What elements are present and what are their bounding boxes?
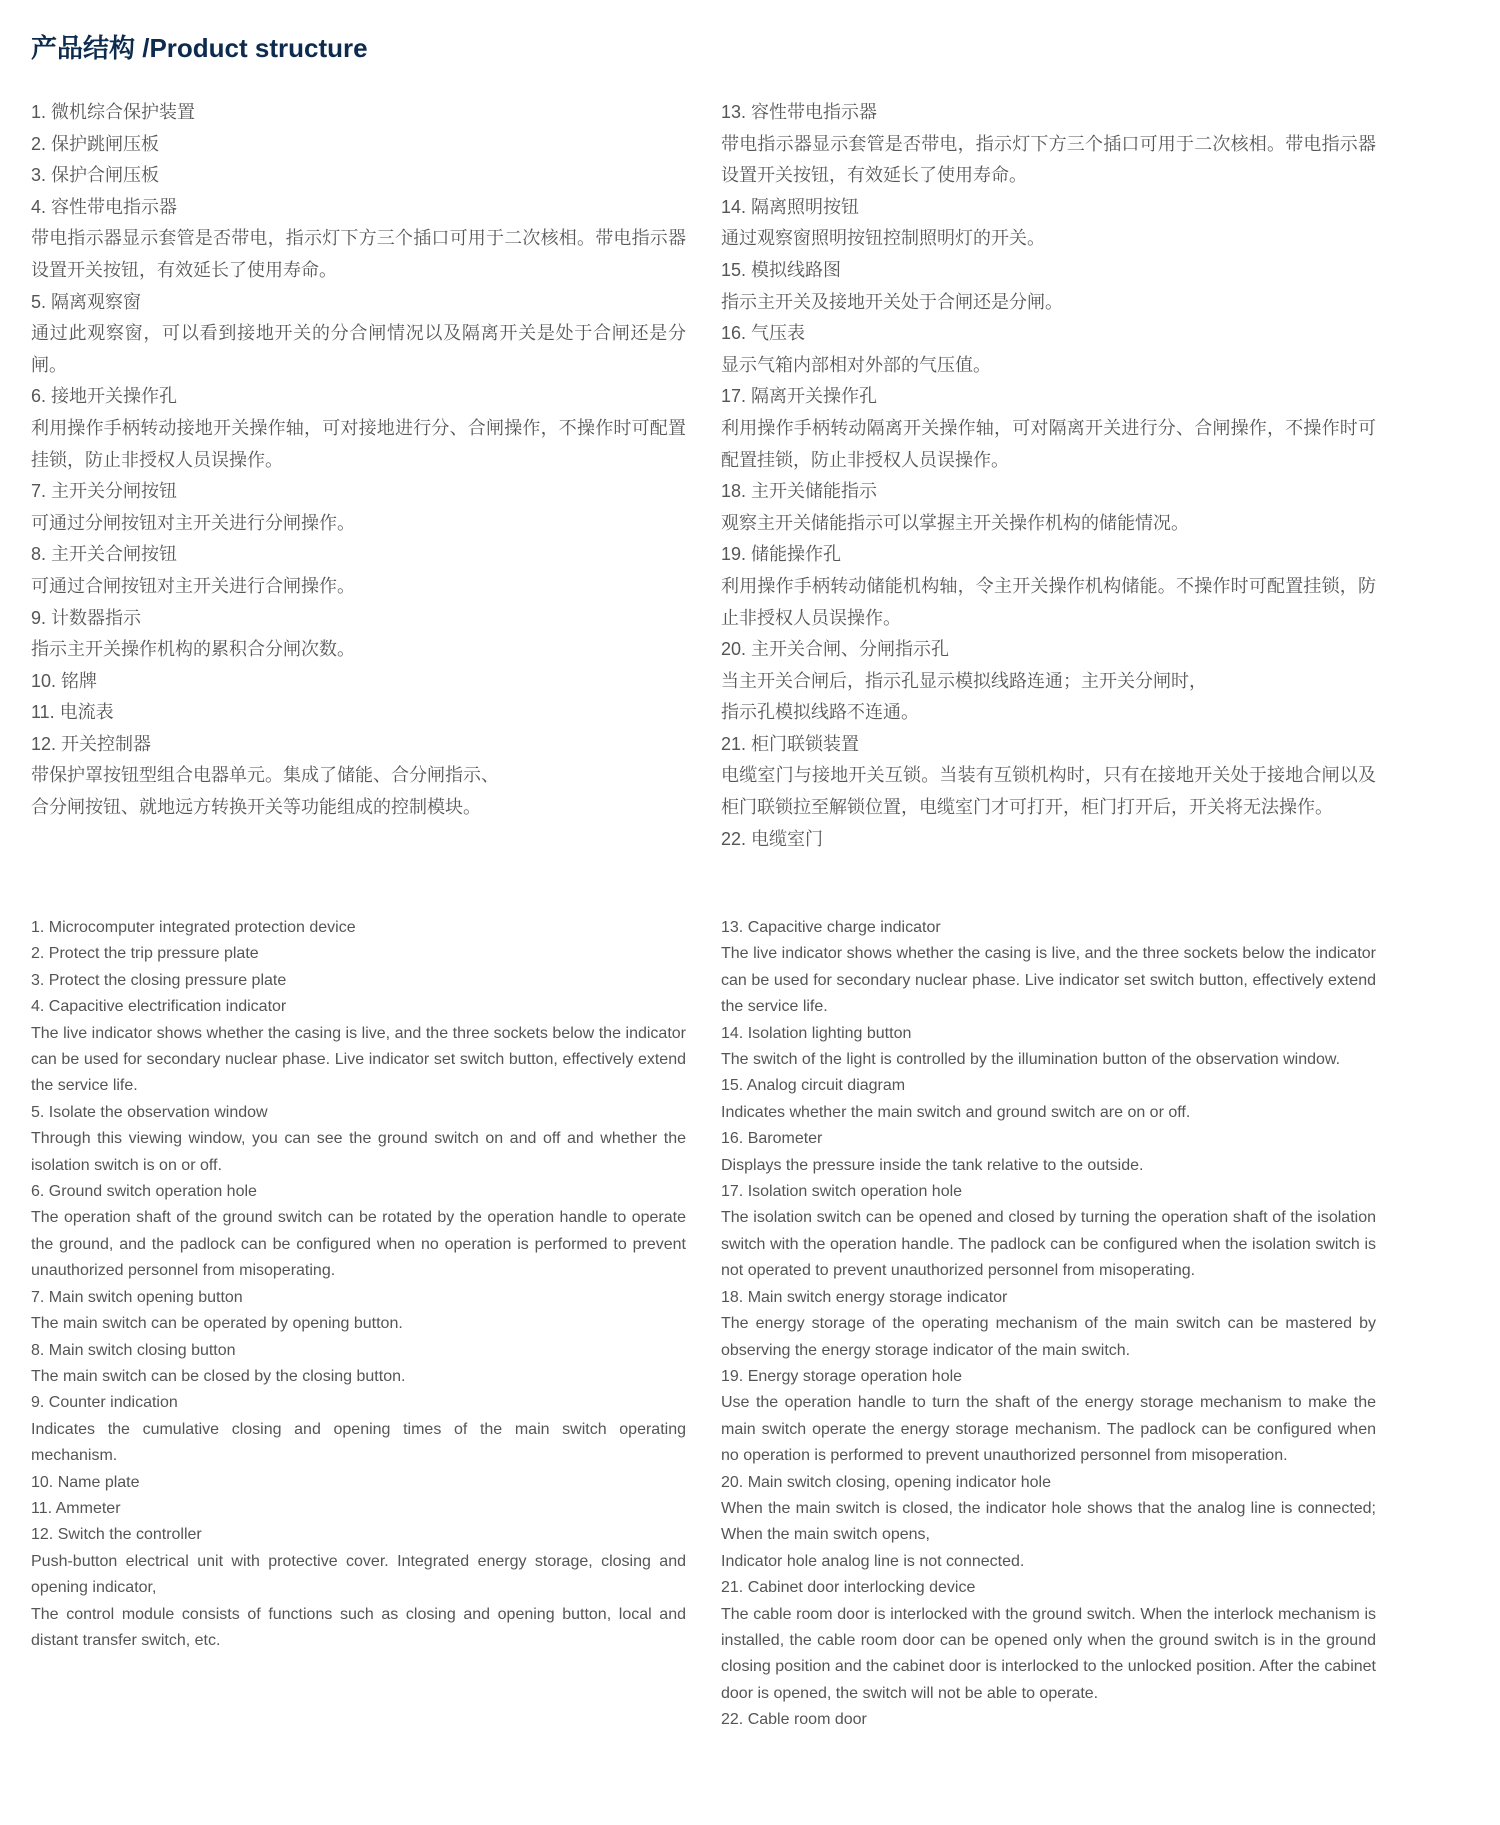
structure-item: 7. Main switch opening buttonThe main sw…: [31, 1285, 686, 1338]
structure-item-heading: 8. Main switch closing button: [31, 1338, 686, 1364]
structure-item-description: The isolation switch can be opened and c…: [721, 1205, 1376, 1284]
structure-item: 7. 主开关分闸按钮可通过分闸按钮对主开关进行分闸操作。: [31, 476, 686, 539]
structure-item-heading: 16. 气压表: [721, 318, 1376, 350]
structure-item-heading: 2. Protect the trip pressure plate: [31, 941, 686, 967]
structure-item-heading: 3. 保护合闸压板: [31, 160, 686, 192]
structure-item-heading: 15. 模拟线路图: [721, 255, 1376, 287]
structure-item-description: 当主开关合闸后，指示孔显示模拟线路连通；主开关分闸时，: [721, 666, 1376, 698]
structure-item: 5. Isolate the observation windowThrough…: [31, 1100, 686, 1179]
structure-item-heading: 6. Ground switch operation hole: [31, 1179, 686, 1205]
en-structure-list-left: 1. Microcomputer integrated protection d…: [31, 915, 686, 1654]
structure-item: 19. Energy storage operation holeUse the…: [721, 1364, 1376, 1470]
structure-item: 8. Main switch closing buttonThe main sw…: [31, 1338, 686, 1391]
structure-item: 4. Capacitive electrification indicatorT…: [31, 994, 686, 1100]
structure-item-heading: 5. 隔离观察窗: [31, 287, 686, 319]
structure-item-heading: 7. Main switch opening button: [31, 1285, 686, 1311]
structure-item-description: The energy storage of the operating mech…: [721, 1311, 1376, 1364]
structure-item: 3. 保护合闸压板: [31, 160, 686, 192]
structure-item: 20. 主开关合闸、分闸指示孔当主开关合闸后，指示孔显示模拟线路连通；主开关分闸…: [721, 634, 1376, 729]
structure-item-heading: 12. Switch the controller: [31, 1522, 686, 1548]
structure-item-description: The main switch can be closed by the clo…: [31, 1364, 686, 1390]
structure-item-heading: 17. 隔离开关操作孔: [721, 381, 1376, 413]
structure-item-heading: 3. Protect the closing pressure plate: [31, 968, 686, 994]
structure-item-heading: 7. 主开关分闸按钮: [31, 476, 686, 508]
structure-item: 12. Switch the controllerPush-button ele…: [31, 1522, 686, 1654]
en-structure-list-right: 13. Capacitive charge indicatorThe live …: [721, 915, 1376, 1734]
structure-item-heading: 10. Name plate: [31, 1470, 686, 1496]
structure-item-heading: 12. 开关控制器: [31, 729, 686, 761]
structure-item: 12. 开关控制器带保护罩按钮型组合电器单元。集成了储能、合分闸指示、合分闸按钮…: [31, 729, 686, 824]
structure-item-heading: 20. Main switch closing, opening indicat…: [721, 1470, 1376, 1496]
structure-item-heading: 11. 电流表: [31, 697, 686, 729]
structure-item: 11. Ammeter: [31, 1496, 686, 1522]
structure-item: 14. 隔离照明按钮通过观察窗照明按钮控制照明灯的开关。: [721, 192, 1376, 255]
structure-item-heading: 15. Analog circuit diagram: [721, 1073, 1376, 1099]
structure-item-heading: 14. Isolation lighting button: [721, 1021, 1376, 1047]
structure-item-heading: 10. 铭牌: [31, 666, 686, 698]
structure-item-description: 电缆室门与接地开关互锁。当装有互锁机构时，只有在接地开关处于接地合闸以及柜门联锁…: [721, 760, 1376, 823]
structure-item-heading: 16. Barometer: [721, 1126, 1376, 1152]
structure-item: 22. 电缆室门: [721, 824, 1376, 856]
structure-item-heading: 9. Counter indication: [31, 1390, 686, 1416]
structure-item-description: Use the operation handle to turn the sha…: [721, 1390, 1376, 1469]
structure-item-description: 指示主开关及接地开关处于合闸还是分闸。: [721, 287, 1376, 319]
structure-item-heading: 22. 电缆室门: [721, 824, 1376, 856]
structure-item: 22. Cable room door: [721, 1707, 1376, 1733]
structure-item-description: Through this viewing window, you can see…: [31, 1126, 686, 1179]
page-title: 产品结构 /Product structure: [31, 30, 368, 66]
structure-item: 18. Main switch energy storage indicator…: [721, 1285, 1376, 1364]
structure-item-description: 指示孔模拟线路不连通。: [721, 697, 1376, 729]
structure-item: 6. Ground switch operation holeThe opera…: [31, 1179, 686, 1285]
structure-item-description: The live indicator shows whether the cas…: [721, 941, 1376, 1020]
structure-item: 20. Main switch closing, opening indicat…: [721, 1470, 1376, 1576]
structure-item-description: 可通过合闸按钮对主开关进行合闸操作。: [31, 571, 686, 603]
structure-item-description: 合分闸按钮、就地远方转换开关等功能组成的控制模块。: [31, 792, 686, 824]
structure-item-description: 利用操作手柄转动储能机构轴，令主开关操作机构储能。不操作时可配置挂锁，防止非授权…: [721, 571, 1376, 634]
structure-item-description: Push-button electrical unit with protect…: [31, 1549, 686, 1602]
structure-item-heading: 8. 主开关合闸按钮: [31, 539, 686, 571]
structure-item-heading: 20. 主开关合闸、分闸指示孔: [721, 634, 1376, 666]
structure-item-heading: 4. Capacitive electrification indicator: [31, 994, 686, 1020]
structure-item-heading: 21. 柜门联锁装置: [721, 729, 1376, 761]
structure-item-heading: 2. 保护跳闸压板: [31, 129, 686, 161]
structure-item: 2. 保护跳闸压板: [31, 129, 686, 161]
structure-item-description: Displays the pressure inside the tank re…: [721, 1153, 1376, 1179]
structure-item-heading: 13. 容性带电指示器: [721, 97, 1376, 129]
structure-item-heading: 19. 储能操作孔: [721, 539, 1376, 571]
structure-item-description: The control module consists of functions…: [31, 1602, 686, 1655]
structure-item: 16. 气压表显示气箱内部相对外部的气压值。: [721, 318, 1376, 381]
structure-item-description: 利用操作手柄转动接地开关操作轴，可对接地进行分、合闸操作，不操作时可配置挂锁，防…: [31, 413, 686, 476]
structure-item-description: 通过观察窗照明按钮控制照明灯的开关。: [721, 223, 1376, 255]
structure-item-heading: 11. Ammeter: [31, 1496, 686, 1522]
zh-structure-list-right: 13. 容性带电指示器带电指示器显示套管是否带电，指示灯下方三个插口可用于二次核…: [721, 97, 1376, 855]
structure-item-description: 显示气箱内部相对外部的气压值。: [721, 350, 1376, 382]
structure-item-description: Indicates whether the main switch and gr…: [721, 1100, 1376, 1126]
structure-item-heading: 1. Microcomputer integrated protection d…: [31, 915, 686, 941]
structure-item-description: 可通过分闸按钮对主开关进行分闸操作。: [31, 508, 686, 540]
structure-item-description: Indicates the cumulative closing and ope…: [31, 1417, 686, 1470]
structure-item: 1. 微机综合保护装置: [31, 97, 686, 129]
structure-item: 15. 模拟线路图指示主开关及接地开关处于合闸还是分闸。: [721, 255, 1376, 318]
structure-item-description: The operation shaft of the ground switch…: [31, 1205, 686, 1284]
structure-item: 5. 隔离观察窗通过此观察窗，可以看到接地开关的分合闸情况以及隔离开关是处于合闸…: [31, 287, 686, 382]
structure-item-heading: 18. Main switch energy storage indicator: [721, 1285, 1376, 1311]
structure-item: 10. 铭牌: [31, 666, 686, 698]
structure-item-heading: 22. Cable room door: [721, 1707, 1376, 1733]
structure-item: 1. Microcomputer integrated protection d…: [31, 915, 686, 941]
structure-item-description: 通过此观察窗，可以看到接地开关的分合闸情况以及隔离开关是处于合闸还是分闸。: [31, 318, 686, 381]
structure-item: 8. 主开关合闸按钮可通过合闸按钮对主开关进行合闸操作。: [31, 539, 686, 602]
structure-item: 19. 储能操作孔利用操作手柄转动储能机构轴，令主开关操作机构储能。不操作时可配…: [721, 539, 1376, 634]
structure-item-description: The live indicator shows whether the cas…: [31, 1021, 686, 1100]
structure-item: 21. 柜门联锁装置电缆室门与接地开关互锁。当装有互锁机构时，只有在接地开关处于…: [721, 729, 1376, 824]
structure-item-description: 带保护罩按钮型组合电器单元。集成了储能、合分闸指示、: [31, 760, 686, 792]
structure-item-heading: 14. 隔离照明按钮: [721, 192, 1376, 224]
structure-item: 17. Isolation switch operation holeThe i…: [721, 1179, 1376, 1285]
structure-item-description: Indicator hole analog line is not connec…: [721, 1549, 1376, 1575]
structure-item: 17. 隔离开关操作孔利用操作手柄转动隔离开关操作轴，可对隔离开关进行分、合闸操…: [721, 381, 1376, 476]
structure-item-description: When the main switch is closed, the indi…: [721, 1496, 1376, 1549]
structure-item: 9. 计数器指示指示主开关操作机构的累积合分闸次数。: [31, 603, 686, 666]
structure-item: 13. Capacitive charge indicatorThe live …: [721, 915, 1376, 1021]
structure-item-description: 利用操作手柄转动隔离开关操作轴，可对隔离开关进行分、合闸操作，不操作时可配置挂锁…: [721, 413, 1376, 476]
structure-item-heading: 21. Cabinet door interlocking device: [721, 1575, 1376, 1601]
structure-item-description: 指示主开关操作机构的累积合分闸次数。: [31, 634, 686, 666]
structure-item-heading: 18. 主开关储能指示: [721, 476, 1376, 508]
structure-item-heading: 9. 计数器指示: [31, 603, 686, 635]
structure-item: 3. Protect the closing pressure plate: [31, 968, 686, 994]
structure-item-heading: 17. Isolation switch operation hole: [721, 1179, 1376, 1205]
structure-item-description: The switch of the light is controlled by…: [721, 1047, 1376, 1073]
structure-item: 15. Analog circuit diagramIndicates whet…: [721, 1073, 1376, 1126]
structure-item-description: The main switch can be operated by openi…: [31, 1311, 686, 1337]
structure-item-heading: 19. Energy storage operation hole: [721, 1364, 1376, 1390]
structure-item-heading: 4. 容性带电指示器: [31, 192, 686, 224]
structure-item: 10. Name plate: [31, 1470, 686, 1496]
structure-item: 9. Counter indicationIndicates the cumul…: [31, 1390, 686, 1469]
structure-item-heading: 5. Isolate the observation window: [31, 1100, 686, 1126]
zh-structure-list-left: 1. 微机综合保护装置2. 保护跳闸压板3. 保护合闸压板4. 容性带电指示器带…: [31, 97, 686, 824]
structure-item-heading: 13. Capacitive charge indicator: [721, 915, 1376, 941]
structure-item-description: 带电指示器显示套管是否带电，指示灯下方三个插口可用于二次核相。带电指示器设置开关…: [31, 223, 686, 286]
structure-item: 11. 电流表: [31, 697, 686, 729]
structure-item-description: 观察主开关储能指示可以掌握主开关操作机构的储能情况。: [721, 508, 1376, 540]
structure-item: 2. Protect the trip pressure plate: [31, 941, 686, 967]
structure-item: 21. Cabinet door interlocking deviceThe …: [721, 1575, 1376, 1707]
structure-item: 18. 主开关储能指示观察主开关储能指示可以掌握主开关操作机构的储能情况。: [721, 476, 1376, 539]
structure-item-heading: 6. 接地开关操作孔: [31, 381, 686, 413]
structure-item-heading: 1. 微机综合保护装置: [31, 97, 686, 129]
structure-item-description: The cable room door is interlocked with …: [721, 1602, 1376, 1708]
structure-item: 4. 容性带电指示器带电指示器显示套管是否带电，指示灯下方三个插口可用于二次核相…: [31, 192, 686, 287]
structure-item: 6. 接地开关操作孔利用操作手柄转动接地开关操作轴，可对接地进行分、合闸操作，不…: [31, 381, 686, 476]
structure-item: 14. Isolation lighting buttonThe switch …: [721, 1021, 1376, 1074]
structure-item: 16. BarometerDisplays the pressure insid…: [721, 1126, 1376, 1179]
structure-item-description: 带电指示器显示套管是否带电，指示灯下方三个插口可用于二次核相。带电指示器设置开关…: [721, 129, 1376, 192]
structure-item: 13. 容性带电指示器带电指示器显示套管是否带电，指示灯下方三个插口可用于二次核…: [721, 97, 1376, 192]
